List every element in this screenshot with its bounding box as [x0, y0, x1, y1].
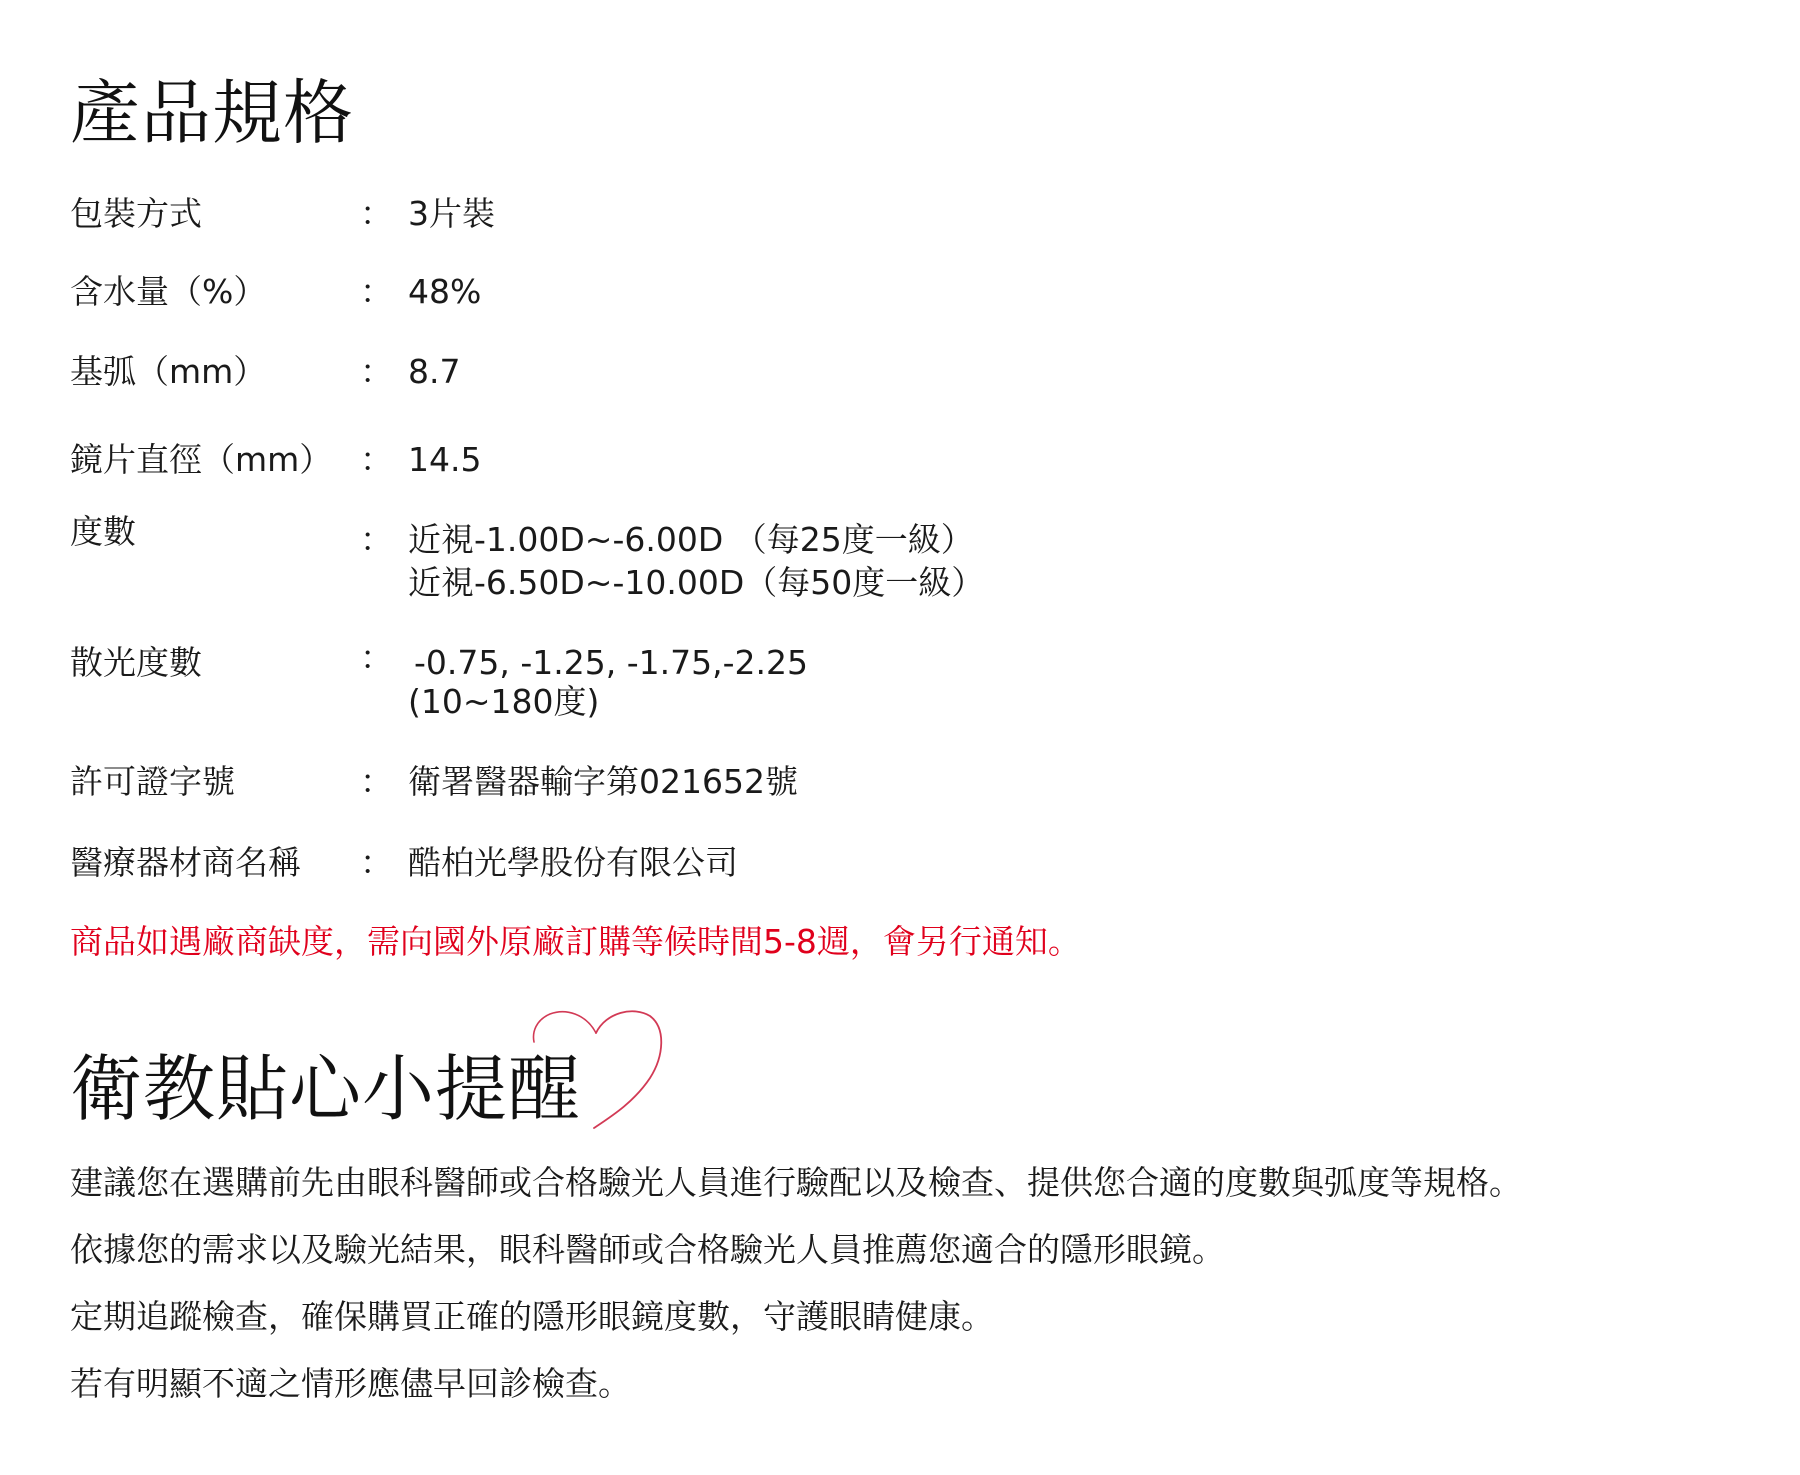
spec-separator: ：	[360, 841, 393, 885]
spec-label: 包裝方式	[70, 192, 202, 236]
spec-value: 8.7	[408, 350, 460, 394]
spec-value: (10~180度)	[408, 680, 599, 724]
spec-value: 48%	[408, 270, 481, 314]
spec-value: 14.5	[408, 438, 481, 482]
spec-value: 近視-6.50D~-10.00D（每50度一級）	[408, 561, 984, 605]
spec-label: 度數	[70, 510, 136, 554]
spec-label: 許可證字號	[70, 760, 235, 804]
out-of-stock-notice: 商品如遇廠商缺度，需向國外原廠訂購等候時間5-8週，會另行通知。	[70, 920, 1081, 964]
tips-title: 衛教貼心小提醒	[70, 1053, 581, 1125]
spec-label: 基弧（mm）	[70, 350, 266, 394]
spec-value: 近視-1.00D~-6.00D （每25度一級）	[408, 518, 974, 562]
tip-line: 依據您的需求以及驗光結果，眼科醫師或合格驗光人員推薦您適合的隱形眼鏡。	[70, 1228, 1225, 1272]
spec-value: 衛署醫器輸字第021652號	[408, 760, 798, 804]
spec-label: 鏡片直徑（mm）	[70, 438, 332, 482]
tip-line: 若有明顯不適之情形應儘早回診檢查。	[70, 1362, 631, 1406]
spec-separator: ：	[360, 760, 393, 804]
tip-line: 建議您在選購前先由眼科醫師或合格驗光人員進行驗配以及檢查、提供您合適的度數與弧度…	[70, 1161, 1522, 1205]
spec-separator: ：	[360, 518, 393, 562]
spec-value: 3片裝	[408, 192, 495, 236]
spec-label: 散光度數	[70, 641, 202, 685]
spec-separator: ：	[360, 270, 393, 314]
spec-label: 含水量（%）	[70, 270, 266, 314]
tip-line: 定期追蹤檢查，確保購買正確的隱形眼鏡度數，守護眼睛健康。	[70, 1295, 994, 1339]
spec-value: -0.75, -1.25, -1.75,-2.25	[414, 641, 808, 685]
spec-value: 酷柏光學股份有限公司	[408, 841, 738, 885]
spec-separator: ：	[360, 192, 393, 236]
spec-separator: ：	[360, 438, 393, 482]
spec-label: 醫療器材商名稱	[70, 841, 301, 885]
spec-separator: ：	[360, 350, 393, 394]
spec-separator: ：	[360, 636, 393, 680]
spec-title: 產品規格	[70, 78, 354, 148]
